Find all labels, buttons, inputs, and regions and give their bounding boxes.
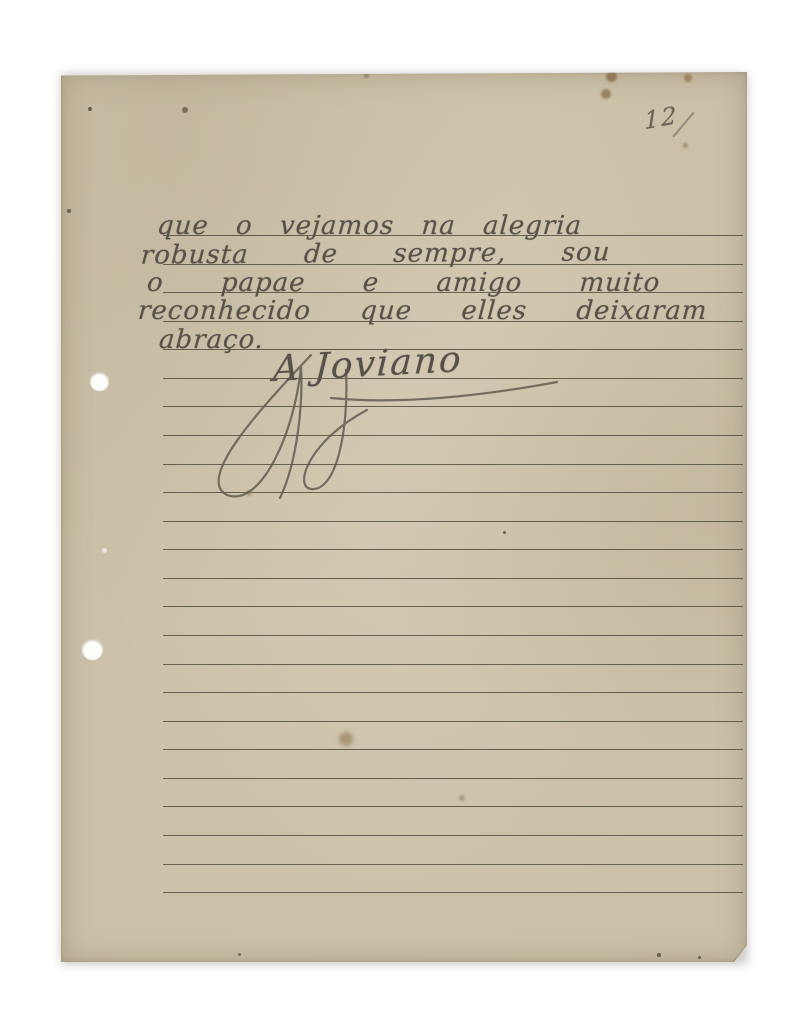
ruled-line [163,835,743,836]
ruled-line [163,549,743,550]
page-number: 12 [644,101,679,135]
ruled-line [163,578,743,579]
ruled-line [163,721,743,722]
stain [601,89,611,99]
stain [238,953,241,956]
punch-hole [82,639,103,660]
scanned-letter-page: 12 que o vejamos na alegria robusta de s… [0,0,807,1024]
handwritten-line-4: reconhecido que elles deixaram [137,295,709,327]
ruled-line [163,635,743,636]
stain [698,956,701,959]
ruled-line [163,864,743,865]
ruled-line [163,606,743,607]
ruled-line [163,806,743,807]
stain [683,143,688,148]
stain [657,953,661,957]
ruled-line [163,664,743,665]
paper-sheet: 12 que o vejamos na alegria robusta de s… [61,72,747,962]
stain [606,71,617,82]
stain [88,107,92,111]
ruled-line [163,749,743,750]
stain [67,209,71,213]
stain [684,74,692,82]
ruled-line [163,892,743,893]
stain [182,107,188,113]
ruled-line [163,521,743,522]
stain [459,795,465,801]
stain [339,732,353,746]
stain [503,531,506,534]
punch-hole [90,372,109,391]
ruled-line [163,778,743,779]
ruled-line [163,692,743,693]
stain [102,548,107,553]
